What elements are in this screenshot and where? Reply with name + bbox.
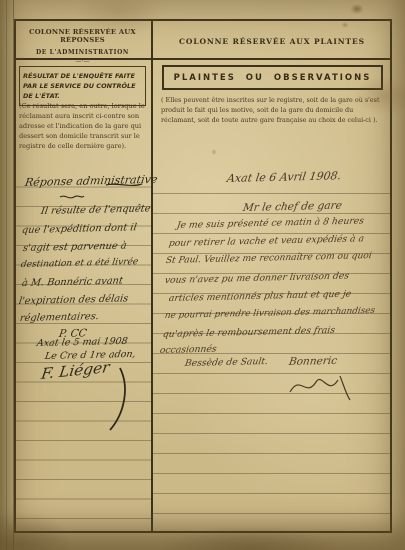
handwritten-line: Mr le chef de gare	[242, 200, 343, 214]
register-page: COLONNE RÉSERVÉE AUX RÉPONSES DE L'ADMIN…	[0, 0, 405, 550]
left-column-header: COLONNE RÉSERVÉE AUX RÉPONSES DE L'ADMIN…	[16, 22, 149, 65]
ornament-dash: —·—	[16, 58, 149, 65]
handwritten-line: occasionnés	[159, 344, 217, 356]
left-header-line2: DE L'ADMINISTRATION	[16, 49, 149, 56]
handwritten-place: Bessède de Sault.	[184, 356, 269, 369]
left-header-line1: COLONNE RÉSERVÉE AUX RÉPONSES	[16, 28, 149, 44]
signature-right: Bonneric	[288, 355, 338, 368]
right-column-header: COLONNE RÉSERVÉE AUX PLAINTES	[154, 22, 390, 46]
plaintes-observations-box: PLAINTES OU OBSERVATIONS	[162, 65, 383, 90]
left-printed-note: (Ce résultat sera, en outre, lorsque le …	[19, 102, 148, 151]
column-divider	[151, 19, 153, 533]
right-printed-note: ( Elles peuvent être inscrites sur le re…	[161, 96, 386, 126]
handwritten-date: Axat le 5 mai 1908	[36, 336, 128, 349]
handwritten-line: réglementaires.	[19, 311, 100, 324]
page-binding-edge	[0, 0, 14, 550]
result-enquete-box: RÉSULTAT DE L'ENQUÊTE FAITE PAR LE SERVI…	[19, 66, 146, 106]
binding-crease	[6, 0, 7, 550]
